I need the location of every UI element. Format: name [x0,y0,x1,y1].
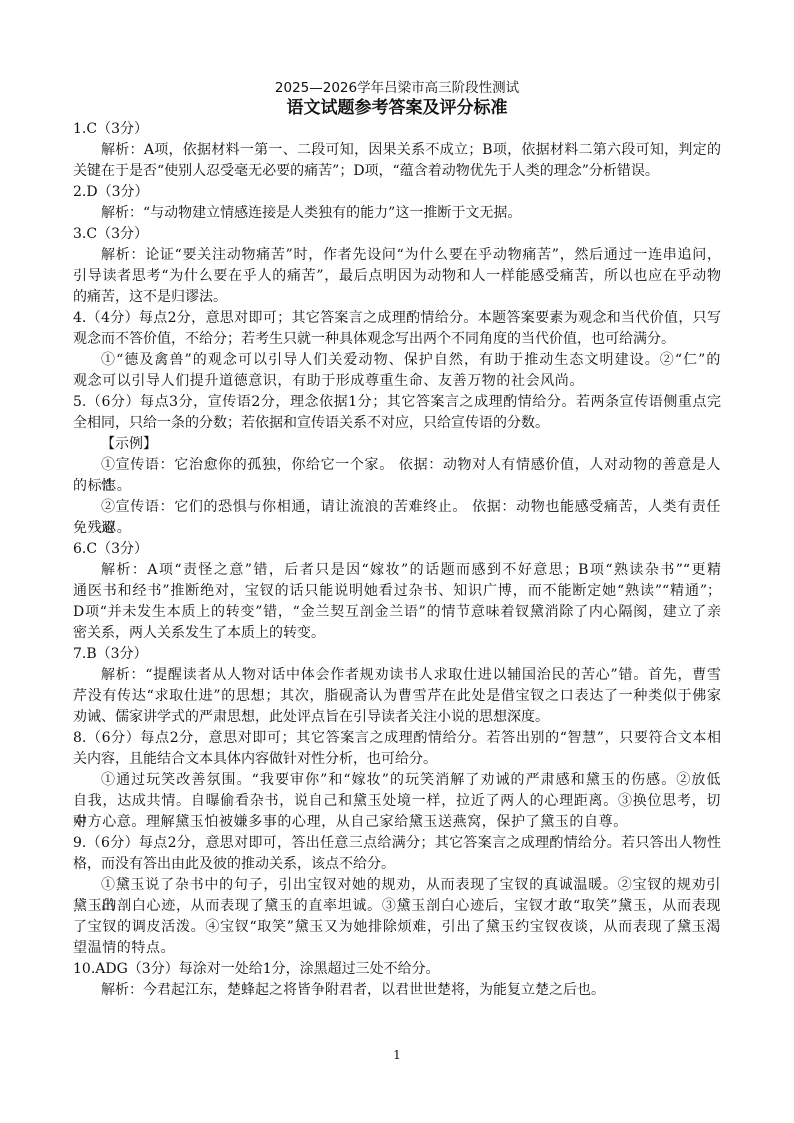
document-title: 语文试题参考答案及评分标准 [0,98,794,118]
text-line: 芹没有传达“求取仕进”的思想；其次，脂砚斋认为曹雪芹在此处是借宝钗之口表达了一种… [73,686,721,707]
text-line: ②宣传语：它们的恐惧与你相通，请让流浪的苦难终止。 依据：动物也能感受痛苦，人类… [73,497,721,518]
question-answer-line: 2.D（3分） [73,182,721,203]
text-line: 的痛苦，这不是归谬法。 [73,287,721,308]
text-line: 的标志。 [73,476,721,497]
text-line: ①“德及禽兽”的观念可以引导人们关爱动物、保护自然，有助于推动生态文明建设。②“… [73,350,721,371]
text-line: D项“并未发生本质上的转变”错，“金兰契互剖金兰语”的情节意味着钗黛消除了内心隔… [73,602,721,623]
text-line: ①宣传语：它治愈你的孤独，你给它一个家。 依据：动物对人有情感价值，人对动物的善… [73,455,721,476]
text-line: ①通过玩笑改善氛围。“我要审你”和“嫁妆”的玩笑消解了劝诫的严肃感和黛玉的伤感。… [73,770,721,791]
text-line: 全相同，只给一条的分数；若依据和宣传语关系不对应，只给宣传语的分数。 [73,413,721,434]
text-line: 解析：论证“要关注动物痛苦”时，作者先设问“为什么要在乎动物痛苦”，然后通过一连… [73,245,721,266]
question-answer-line: 7.B（3分） [73,644,721,665]
text-line: 观念可以引导人们提升道德意识，有助于形成尊重生命、友善万物的社会风尚。 [73,371,721,392]
text-line: 【示例】 [73,434,721,455]
text-line: 解析：“提醒读者从人物对话中体会作者规劝读书人求取仕进以辅国治民的苦心”错。首先… [73,665,721,686]
text-line: 解析：“与动物建立情感连接是人类独有的能力”这一推断于文无据。 [73,203,721,224]
text-line: 观念而不答价值，不给分；若考生只就一种具体观念写出两个不同角度的当代价值，也可给… [73,329,721,350]
text-line: 关键在于是否“使别人忍受毫无必要的痛苦”；D项，“蕴含着动物优先于人类的理念”分… [73,161,721,182]
text-line: 引导读者思考“为什么要在乎人的痛苦”，最后点明因为动物和人一样能感受痛苦，所以也… [73,266,721,287]
text-line: 解析：今君起江东，楚蜂起之将皆争附君者，以君世世楚将，为能复立楚之后也。 [73,980,721,1001]
text-line: 黛玉的剖白心迹，从而表现了黛玉的直率坦诚。③黛玉剖白心迹后，宝钗才敢“取笑”黛玉… [73,896,721,917]
page-number: 1 [0,1048,794,1062]
exam-title: 2025—2026学年吕梁市高三阶段性测试 [0,80,794,96]
question-answer-line: 10.ADG（3分）每涂对一处给1分，涂黑超过三处不给分。 [73,959,721,980]
answer-key-body: 1.C（3分）解析：A项，依据材料一第一、二段可知，因果关系不成立；B项，依据材… [73,119,721,1001]
text-line: 通医书和经书”推断绝对，宝钗的话只能说明她看过杂书、知识广博，而不能断定她“熟读… [73,581,721,602]
text-line: 解析：A项，依据材料一第一、二段可知，因果关系不成立；B项，依据材料二第六段可知… [73,140,721,161]
document-page: 2025—2026学年吕梁市高三阶段性测试 语文试题参考答案及评分标准 1.C（… [0,0,794,1123]
question-answer-line: 9.（6分）每点2分，意思对即可，答出任意三点给满分；其它答案言之成理酌情给分。… [73,833,721,854]
question-answer-line: 6.C（3分） [73,539,721,560]
text-line: 解析：A项“责怪之意”错，后者只是因“嫁妆”的话题而感到不好意思；B项“熟读杂书… [73,560,721,581]
question-answer-line: 5.（6分）每点3分，宣传语2分，理念依据1分；其它答案言之成理酌情给分。若两条… [73,392,721,413]
text-line: 格，而没有答出由此及彼的推动关系，该点不给分。 [73,854,721,875]
text-line: 劝诫、儒家讲学式的严肃思想，此处评点旨在引导读者关注小说的思想深度。 [73,707,721,728]
question-answer-line: 3.C（3分） [73,224,721,245]
text-line: 了宝钗的调皮活泼。④宝钗“取笑”黛玉又为她排除烦难，引出了黛玉约宝钗夜谈，从而表… [73,917,721,938]
question-answer-line: 8.（6分）每点2分，意思对即可；其它答案言之成理酌情给分。若答出别的“智慧”，… [73,728,721,749]
text-line: 关内容，且能结合文本具体内容做针对性分析，也可给分。 [73,749,721,770]
text-line: 对方心意。理解黛玉怕被嫌多事的心理，从自己家给黛玉送燕窝，保护了黛玉的自尊。 [73,812,721,833]
text-line: 望温情的特点。 [73,938,721,959]
question-answer-line: 1.C（3分） [73,119,721,140]
question-answer-line: 4.（4分）每点2分，意思对即可；其它答案言之成理酌情给分。本题答案要素为观念和… [73,308,721,329]
text-line: 密关系，两人关系发生了本质上的转变。 [73,623,721,644]
text-line: ①黛玉说了杂书中的句子，引出宝钗对她的规劝，从而表现了宝钗的真诚温暖。②宝钗的规… [73,875,721,896]
text-line: 自我，达成共情。自曝偷看杂书，说自己和黛玉处境一样，拉近了两人的心理距离。③换位… [73,791,721,812]
text-line: 免残忍。 [73,518,721,539]
